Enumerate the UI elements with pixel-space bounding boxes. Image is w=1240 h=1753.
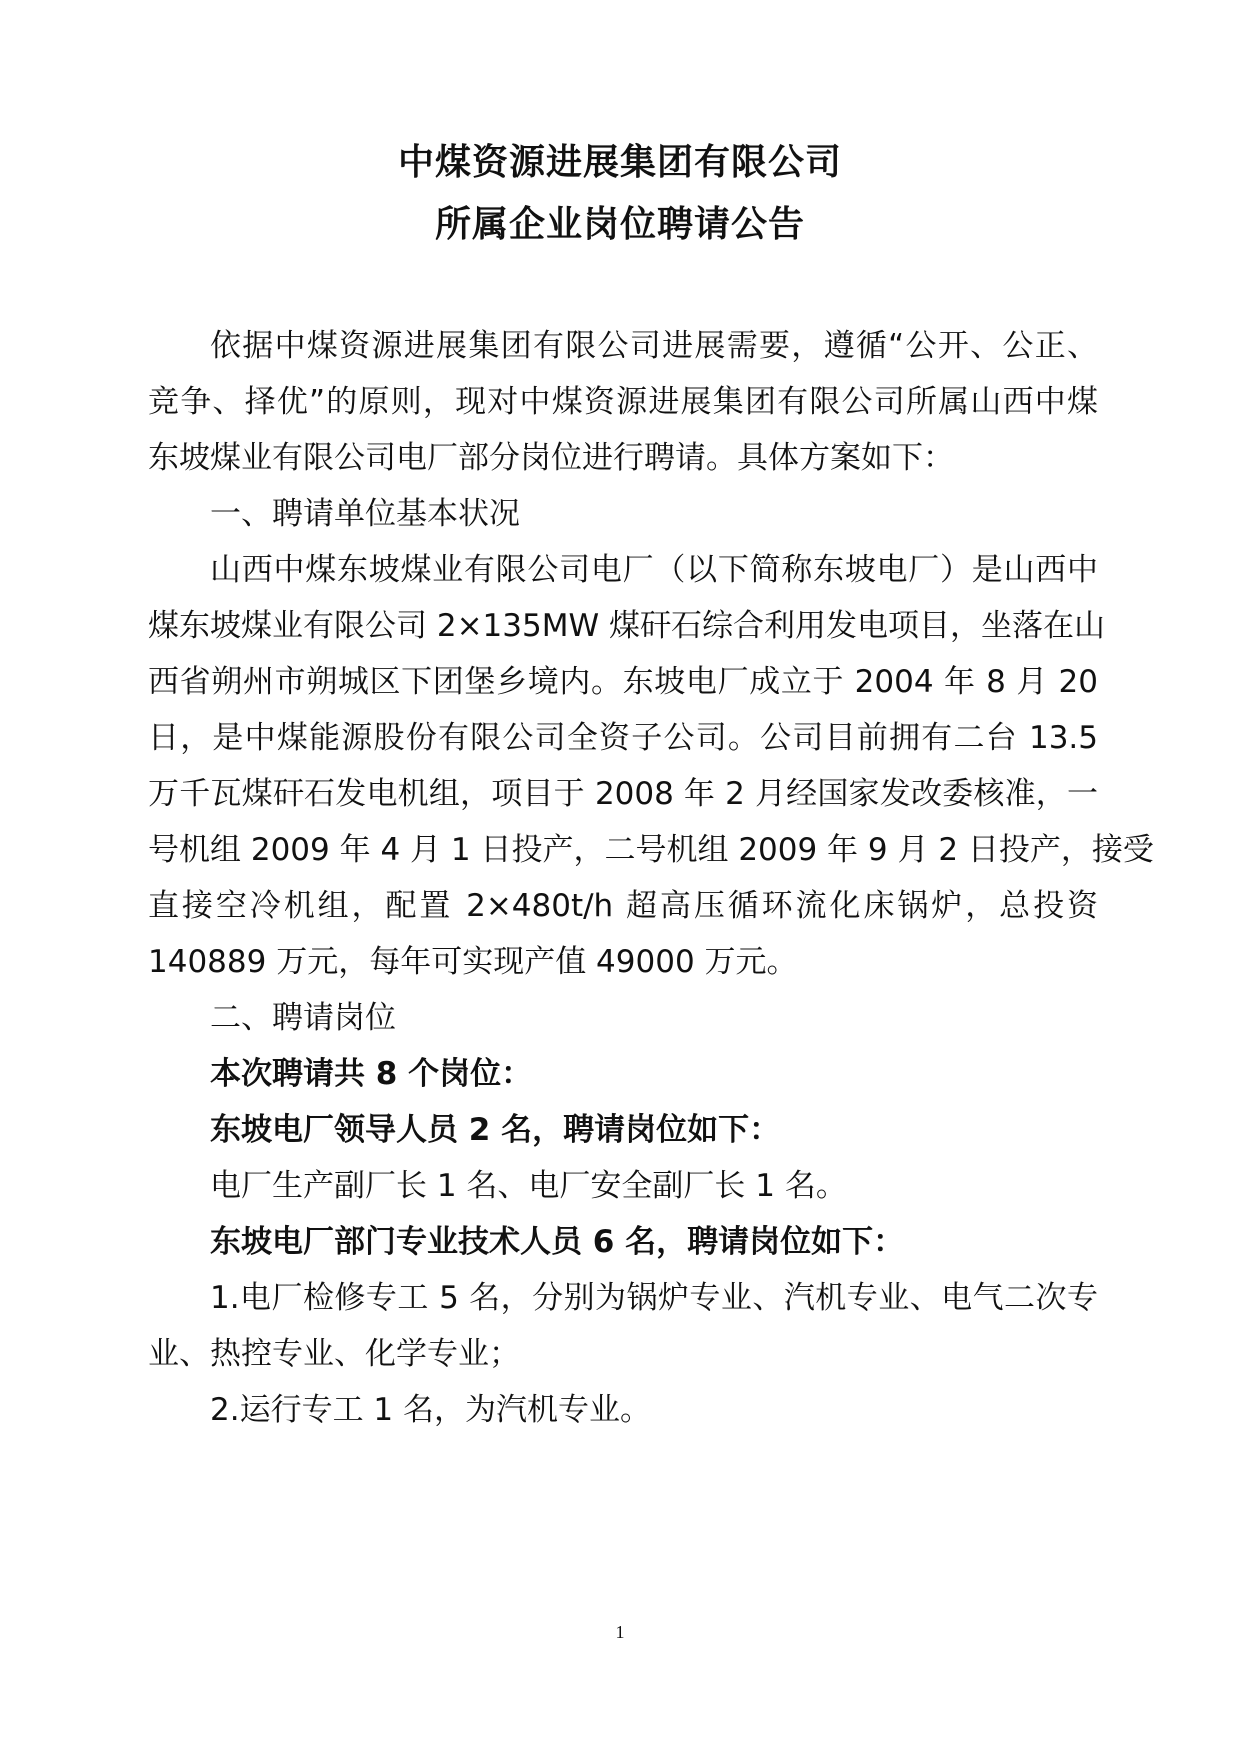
unit-info-line: 山西中煤东坡煤业有限公司电厂（以下简称东坡电厂）是山西中: [210, 550, 1098, 590]
page-number: 1: [0, 1620, 1240, 1644]
title-line-1: 中煤资源进展集团有限公司: [0, 140, 1240, 184]
unit-info-line: 140889 万元，每年可实现产值 49000 万元。: [148, 942, 1098, 982]
title-line-2: 所属企业岗位聘请公告: [0, 202, 1240, 246]
technician-item-1: 1.电厂检修专工 5 名，分别为锅炉专业、汽机专业、电气二次专: [210, 1278, 1098, 1318]
unit-info-line: 直接空冷机组，配置 2×480t/h 超高压循环流化床锅炉，总投资: [148, 886, 1098, 926]
unit-info-line: 万千瓦煤矸石发电机组，项目于 2008 年 2 月经国家发改委核准，一: [148, 774, 1098, 814]
unit-info-line: 日，是中煤能源股份有限公司全资子公司。公司目前拥有二台 13.5: [148, 718, 1098, 758]
intro-paragraph-line: 依据中煤资源进展集团有限公司进展需要，遵循“公开、公正、: [210, 326, 1098, 366]
technicians-heading: 东坡电厂部门专业技术人员 6 名，聘请岗位如下：: [210, 1222, 1098, 1262]
section-heading-2: 二、聘请岗位: [210, 998, 1098, 1038]
unit-info-line: 号机组 2009 年 4 月 1 日投产，二号机组 2009 年 9 月 2 日…: [148, 830, 1098, 870]
intro-paragraph-line: 东坡煤业有限公司电厂部分岗位进行聘请。具体方案如下：: [148, 438, 1098, 478]
technician-item-2: 2.运行专工 1 名，为汽机专业。: [210, 1390, 1098, 1430]
intro-paragraph-line: 竞争、择优”的原则，现对中煤资源进展集团有限公司所属山西中煤: [148, 382, 1098, 422]
leaders-heading: 东坡电厂领导人员 2 名，聘请岗位如下：: [210, 1110, 1098, 1150]
leaders-positions: 电厂生产副厂长 1 名、电厂安全副厂长 1 名。: [210, 1166, 1098, 1206]
unit-info-line: 西省朔州市朔城区下团堡乡境内。东坡电厂成立于 2004 年 8 月 20: [148, 662, 1098, 702]
technician-item-1-cont: 业、热控专业、化学专业；: [148, 1334, 1098, 1374]
unit-info-line: 煤东坡煤业有限公司 2×135MW 煤矸石综合利用发电项目，坐落在山: [148, 606, 1098, 646]
section-heading-1: 一、聘请单位基本状况: [210, 494, 1098, 534]
positions-total: 本次聘请共 8 个岗位：: [210, 1054, 1098, 1094]
